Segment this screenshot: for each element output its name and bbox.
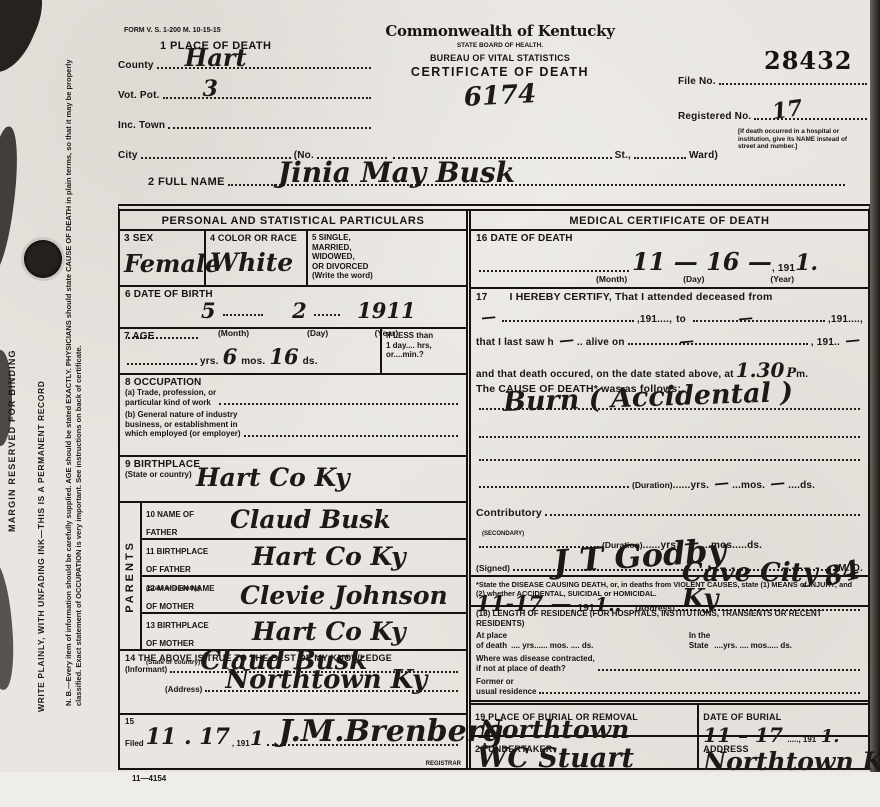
filed-year-handwritten: 1	[250, 728, 264, 748]
bureau-subtitle: BUREAU OF VITAL STATISTICS	[380, 53, 620, 63]
informant-caption: (Informant)	[125, 665, 167, 675]
filed-date-value: 11 . 17	[146, 726, 230, 748]
hospital-note: [If death occurred in a hospital or inst…	[738, 128, 864, 151]
dotted-leader	[314, 312, 340, 316]
dotted-leader	[479, 484, 629, 488]
dotted-leader	[127, 361, 197, 365]
registered-number-label: Registered No.	[678, 111, 751, 122]
voting-precinct-label: Vot. Pot.	[118, 90, 160, 101]
city-st-label: St.,	[615, 150, 631, 161]
certify-statement: I HEREBY CERTIFY, That I attended deceas…	[510, 291, 773, 303]
dotted-leader: Burn ( Accidental )	[479, 406, 860, 410]
age-mos-caption: mos.	[241, 356, 265, 367]
mother-maiden-name-label: 12 MAIDEN NAME OF MOTHER	[146, 584, 214, 611]
scan-edge-blob	[0, 125, 23, 277]
sex-value: Female	[124, 252, 200, 276]
informant-address-value: Northtown Ky	[225, 667, 427, 693]
header-right: 28432 File No. Registered No. 17 [If dea…	[678, 42, 870, 151]
dotted-leader	[219, 401, 458, 405]
birth-month-value: 5	[201, 298, 216, 323]
dotted-leader	[598, 667, 860, 671]
registered-number-field: Registered No. 17	[678, 111, 870, 122]
date-of-death-year-handwritten: 1.	[795, 252, 818, 274]
age-row: 7 AGE yrs. 6 mos. 16 ds. If LESS	[120, 329, 466, 375]
birth-year-value: 1911	[357, 298, 415, 323]
pen-stroke: —	[679, 340, 692, 341]
residence-row: (18) LENGTH OF RESIDENCE (FOR HOSPITALS,…	[471, 607, 868, 705]
pen-stroke: —	[481, 316, 494, 317]
occupation-label: 8 OCCUPATION	[125, 377, 461, 388]
signed-caption: (Signed)	[476, 563, 510, 573]
file-number-stamp: 28432	[764, 46, 853, 75]
undertaker-value: WC Stuart	[477, 745, 634, 772]
filed-row: 15 Filed 11 . 17 , 191 1 J.M.Brenberg RE…	[120, 715, 466, 768]
duration-caption: (Duration)	[632, 480, 673, 490]
former-residence-label: Former or usual residence	[476, 677, 536, 696]
duration2-ds: ....ds.	[735, 540, 762, 551]
certificate-form: FORM V. S. 1-200 M. 10-15-15 1 PLACE OF …	[118, 12, 870, 783]
registrar-caption: REGISTRAR	[125, 760, 461, 770]
mother-maiden-name-row: 12 MAIDEN NAME OF MOTHER Clevie Johnson	[142, 577, 466, 614]
certificate-title: CERTIFICATE OF DEATH	[380, 65, 620, 79]
cause-footnote: *State the DISEASE CAUSING DEATH, or, in…	[476, 580, 863, 598]
residence-label: (18) LENGTH OF RESIDENCE (FOR HOSPITALS,…	[476, 609, 863, 628]
pen-stroke: —	[845, 339, 858, 340]
pen-stroke: —	[714, 482, 727, 483]
occupation-b-label: (b) General nature of industry business,…	[125, 410, 241, 439]
file-number-field: File No.	[678, 76, 870, 87]
mother-birthplace-value: Hart Co Ky	[252, 619, 406, 644]
father-name-value: Claud Busk	[230, 507, 391, 532]
voting-precinct-value: 3	[203, 78, 218, 100]
form-number: FORM V. S. 1-200 M. 10-15-15	[124, 26, 221, 36]
age-yrs-caption: yrs.	[200, 356, 219, 367]
dod-day-caption: (Day)	[683, 274, 704, 284]
filed-year-printed: , 191	[232, 739, 250, 749]
dotted-leader	[479, 434, 860, 438]
father-birthplace-label: 11 BIRTHPLACE OF FATHER	[146, 547, 208, 574]
dotted-leader	[545, 512, 860, 516]
dotted-leader: 17	[754, 116, 867, 120]
date-of-death-label: 16 DATE OF DEATH	[476, 233, 863, 244]
father-name-label: 10 NAME OF FATHER	[146, 510, 194, 537]
inc-town-field: Inc. Town	[118, 120, 374, 131]
dotted-leader	[244, 433, 458, 437]
parents-vertical-label: PARENTS	[120, 503, 142, 649]
city-ward-label: Ward)	[689, 150, 718, 161]
dotted-leader	[719, 81, 867, 85]
year-191-printed-b: ,191....,	[828, 314, 863, 325]
scan-edge-strip	[870, 0, 880, 772]
age-days-value: 16	[269, 346, 298, 367]
burial-table: 19 PLACE OF BURIAL OR REMOVAL Northtown …	[471, 705, 868, 768]
dod-year-caption: (Year)	[770, 274, 794, 284]
mother-maiden-name-value: Clevie Johnson	[240, 583, 448, 608]
last-saw-191-printed: , 191..	[811, 337, 840, 348]
dotted-leader: Jinia May Busk	[228, 182, 845, 186]
voting-precinct-field: Vot. Pot. 3	[118, 90, 374, 101]
disease-contracted-label: Where was disease contracted, if not at …	[476, 654, 595, 673]
full-name-label: 2 FULL NAME	[148, 176, 225, 188]
footnote-row: *State the DISEASE CAUSING DEATH, or, in…	[471, 577, 868, 607]
date-of-death-year-printed: , 191	[772, 263, 795, 274]
residence-at-place-label: At place of death	[476, 631, 507, 650]
sex-label: 3 SEX	[124, 233, 200, 244]
form-header: FORM V. S. 1-200 M. 10-15-15 1 PLACE OF …	[118, 12, 870, 204]
last-saw-alive-text: .. alive on	[577, 337, 625, 348]
sex-race-marital-row: 3 SEX Female 4 COLOR OR RACE White 5 SIN…	[120, 231, 466, 287]
dotted-leader: —	[693, 318, 825, 322]
header-center: Commonwealth of Kentucky STATE BOARD OF …	[380, 22, 620, 109]
registrar-signature: J.M.Brenberg	[279, 717, 504, 747]
duration-yrs: ......yrs.	[673, 480, 709, 491]
county-label: County	[118, 60, 154, 71]
date-of-birth-row: 6 DATE OF BIRTH 5 (Month) 2 (Day)	[120, 287, 466, 329]
medical-certificate-title: MEDICAL CERTIFICATE OF DEATH	[471, 211, 868, 231]
residence-in-state-tail: ....yrs. .... mos..... ds.	[714, 641, 792, 651]
file-number-label: File No.	[678, 76, 716, 87]
date-of-death-value: 11 — 16 —	[632, 250, 772, 274]
birthplace-row: 9 BIRTHPLACE (State or country) Hart Co …	[120, 457, 466, 503]
full-name-field: 2 FULL NAME Jinia May Busk	[148, 176, 848, 188]
death-certificate-scan: N. B.—Every item of information should b…	[0, 0, 880, 807]
informant-address-caption: (Address)	[165, 685, 202, 695]
informant-row: 14 THE ABOVE IS TRUE TO THE BEST OF MY K…	[120, 651, 466, 715]
time-m-printed: m.	[796, 369, 808, 380]
date-of-death-row: 16 DATE OF DEATH 11 — 16 — , 191 1. (Mon…	[471, 231, 868, 289]
pen-stroke: —	[559, 339, 572, 340]
certify-item-number: 17	[476, 292, 488, 303]
dotted-leader	[539, 690, 860, 694]
to-word: to	[676, 314, 686, 325]
age-label: 7 AGE	[124, 331, 376, 342]
duration-ds: ....ds.	[788, 480, 815, 491]
undertaker-address-value: Northtown Ky	[703, 749, 880, 774]
age-months-value: 6	[223, 346, 238, 367]
dotted-leader	[634, 155, 686, 159]
margin-reserved-for-binding: MARGIN RESERVED FOR BINDING	[7, 282, 17, 532]
hole-punch	[24, 240, 62, 278]
dotted-leader	[223, 312, 263, 316]
personal-particulars-column: PERSONAL AND STATISTICAL PARTICULARS 3 S…	[120, 211, 471, 768]
dotted-leader	[141, 155, 291, 159]
city-label: City	[118, 150, 138, 161]
county-value: Hart	[185, 46, 247, 70]
parents-group: PARENTS 10 NAME OF FATHER Claud Busk 11 …	[120, 503, 466, 651]
margin-nb-note: N. B.—Every item of information should b…	[64, 58, 83, 706]
occupation-row: 8 OCCUPATION (a) Trade, profession, or p…	[120, 375, 466, 457]
pen-stroke: —	[738, 317, 751, 318]
dotted-leader	[502, 318, 634, 322]
father-birthplace-row: 11 BIRTHPLACE OF FATHER (State or countr…	[142, 540, 466, 577]
state-board-subtitle: STATE BOARD OF HEALTH.	[380, 41, 620, 51]
dotted-leader	[168, 125, 371, 129]
pen-stroke: —	[770, 482, 783, 483]
main-certificate-box: PERSONAL AND STATISTICAL PARTICULARS 3 S…	[118, 204, 870, 770]
full-name-value: Jinia May Busk	[278, 159, 515, 187]
medical-certificate-column: MEDICAL CERTIFICATE OF DEATH 16 DATE OF …	[471, 211, 868, 768]
age-less-than-note: If LESS than 1 day.... hrs, or....min.?	[386, 331, 462, 360]
duration-mos: ...mos.	[732, 480, 765, 491]
commonwealth-title: Commonwealth of Kentucky	[380, 22, 620, 40]
dotted-leader	[479, 268, 629, 272]
occupation-a-label: (a) Trade, profession, or particular kin…	[125, 388, 216, 407]
dotted-leader: 3	[163, 95, 371, 99]
residence-at-place-tail: .... yrs...... mos. .... ds.	[511, 641, 593, 651]
marital-status-label: 5 SINGLE, MARRIED, WIDOWED, OR DIVORCED …	[312, 233, 462, 281]
scan-edge-blob	[0, 559, 18, 691]
contributory-label: Contributory	[476, 507, 542, 519]
registered-number-value: 17	[771, 97, 804, 123]
last-saw-text: that I last saw h	[476, 337, 554, 348]
parents-vertical-label-text: PARENTS	[124, 540, 136, 613]
inc-town-label: Inc. Town	[118, 120, 165, 131]
age-ds-caption: ds.	[303, 356, 318, 367]
dotted-leader	[479, 457, 860, 461]
dotted-leader: —	[628, 341, 808, 345]
dotted-leader: Hart	[157, 65, 371, 69]
birth-day-value: 2	[292, 298, 307, 323]
date-of-burial-label: DATE OF BURIAL	[703, 712, 781, 722]
filed-label: Filed	[125, 739, 144, 749]
birthplace-value: Hart Co Ky	[196, 465, 350, 490]
margin-write-plainly: WRITE PLAINLY, WITH UNFADING INK—THIS IS…	[36, 98, 46, 712]
father-birthplace-value: Hart Co Ky	[252, 544, 406, 569]
color-race-value: White	[210, 250, 302, 275]
dotted-leader: Northtown Ky	[205, 688, 458, 692]
certificate-number-handwritten: 6174	[379, 76, 620, 115]
death-occurred-text: and that death occured, on the date stat…	[476, 369, 734, 380]
residence-in-state-label: In the State	[689, 631, 710, 650]
county-field: County Hart	[118, 60, 374, 71]
dotted-leader: J.M.Brenberg	[267, 742, 458, 746]
color-race-label: 4 COLOR OR RACE	[210, 233, 302, 243]
year-191-printed-a: ,191....,	[637, 314, 672, 325]
certification-block: 17 I HEREBY CERTIFY, That I attended dec…	[471, 289, 868, 577]
dod-month-caption: (Month)	[596, 274, 627, 284]
father-name-row: 10 NAME OF FATHER Claud Busk	[142, 503, 466, 540]
scan-edge-blob	[0, 0, 54, 81]
mother-birthplace-label: 13 BIRTHPLACE OF MOTHER	[146, 621, 209, 648]
personal-particulars-title: PERSONAL AND STATISTICAL PARTICULARS	[120, 211, 466, 231]
